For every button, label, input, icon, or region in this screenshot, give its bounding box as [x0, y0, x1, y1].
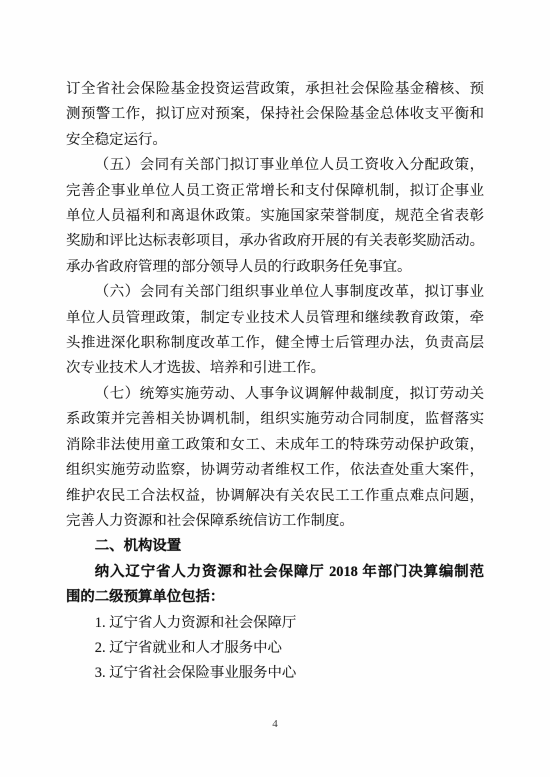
para-6-line: （六）会同有关部门组织事业单位人事制度改革，拟订事业: [66, 280, 484, 305]
para-5-line: 奖励和评比达标表彰项目，承办省政府开展的有关表彰奖励活动。: [66, 229, 484, 254]
para-7-line: 系政策并完善相关协调机制，组织实施劳动合同制度，监督落实: [66, 407, 484, 432]
document-text-block: 订全省社会保险基金投资运营政策，承担社会保险基金稽核、预 测预警工作，拟订应对预…: [66, 77, 484, 687]
para-7-line: （七）统筹实施劳动、人事争议调解仲裁制度，拟订劳动关: [66, 382, 484, 407]
budget-unit-list-item: 3. 辽宁省社会保险事业服务中心: [66, 661, 484, 686]
para-4-continuation-line: 安全稳定运行。: [66, 128, 484, 153]
budget-unit-list-item: 1. 辽宁省人力资源和社会保障厅: [66, 611, 484, 636]
para-7-line: 消除非法使用童工政策和女工、未成年工的特珠劳动保护政策，: [66, 433, 484, 458]
para-5-line: （五）会同有关部门拟订事业单位人员工资收入分配政策，: [66, 153, 484, 178]
para-5-line: 承办省政府管理的部分领导人员的行政职务任免事宜。: [66, 255, 484, 280]
budget-scope-line: 纳入辽宁省人力资源和社会保障厅 2018 年部门决算编制范: [66, 560, 484, 585]
section-heading-organization: 二、机构设置: [66, 534, 484, 559]
budget-unit-list-item: 2. 辽宁省就业和人才服务中心: [66, 636, 484, 661]
para-6-line: 次专业技术人才选拔、培养和引进工作。: [66, 356, 484, 381]
para-6-line: 头推进深化职称制度改革工作，健全博士后管理办法，负责高层: [66, 331, 484, 356]
para-6-line: 单位人员管理政策，制定专业技术人员管理和继续教育政策，牵: [66, 306, 484, 331]
para-7-line: 维护农民工合法权益，协调解决有关农民工工作重点难点问题，: [66, 484, 484, 509]
para-4-continuation-line: 测预警工作，拟订应对预案，保持社会保险基金总体收支平衡和: [66, 102, 484, 127]
para-5-line: 完善企事业单位人员工资正常增长和支付保障机制，拟订企事业: [66, 179, 484, 204]
para-7-line: 组织实施劳动监察，协调劳动者维权工作，依法查处重大案件，: [66, 458, 484, 483]
page-number: 4: [0, 718, 550, 730]
para-5-line: 单位人员福利和离退休政策。实施国家荣誉制度，规范全省表彰: [66, 204, 484, 229]
document-page: 订全省社会保险基金投资运营政策，承担社会保险基金稽核、预 测预警工作，拟订应对预…: [0, 0, 550, 777]
budget-scope-line: 围的二级预算单位包括：: [66, 585, 484, 610]
para-4-continuation-line: 订全省社会保险基金投资运营政策，承担社会保险基金稽核、预: [66, 77, 484, 102]
para-7-line: 完善人力资源和社会保障系统信访工作制度。: [66, 509, 484, 534]
